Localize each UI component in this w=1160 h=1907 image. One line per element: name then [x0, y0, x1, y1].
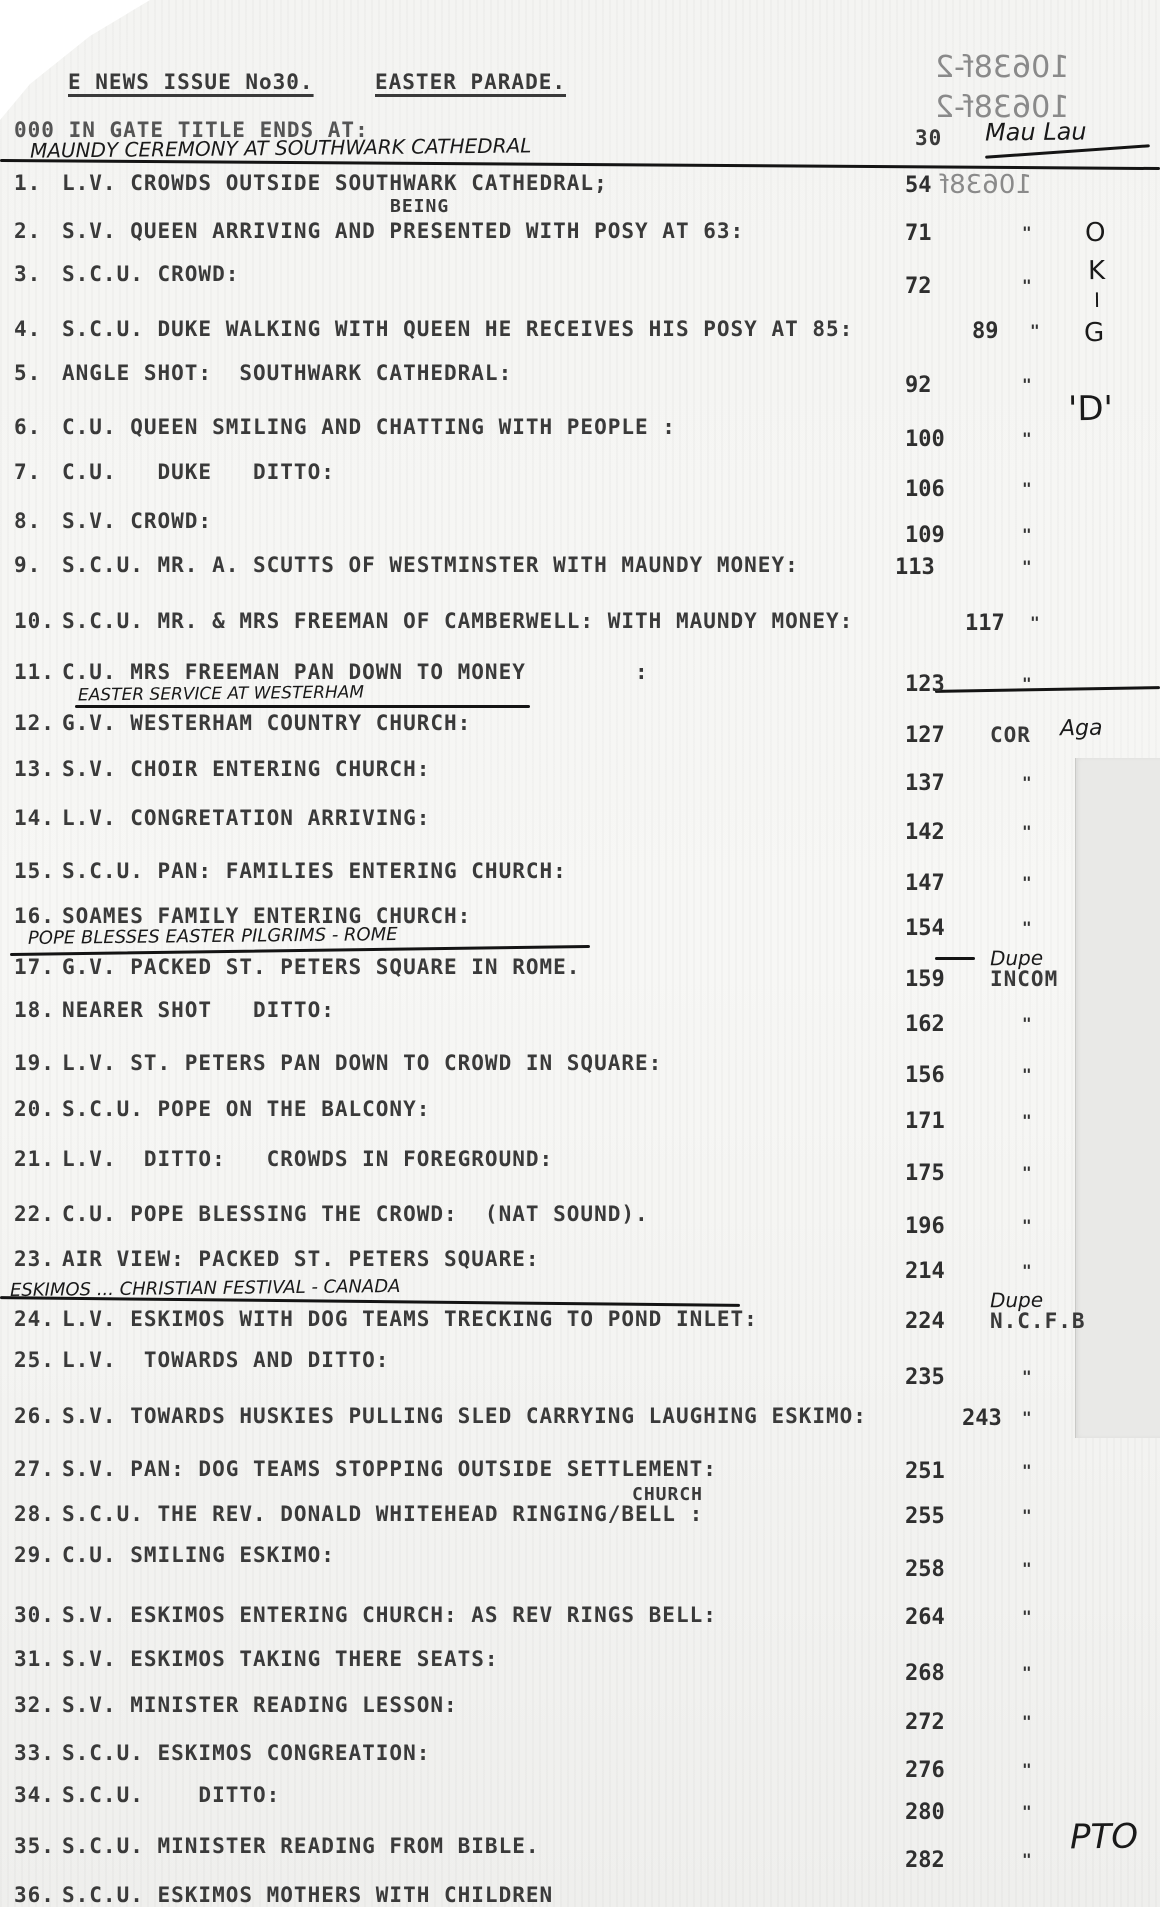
shot-time: 276 [905, 1758, 945, 1783]
ditto-mark: " [1030, 613, 1040, 632]
reference-number-3: 10638f [940, 170, 1032, 200]
shot-number: 8. [14, 511, 41, 532]
shot-description: L.V. CONGRETATION ARRIVING: [62, 808, 430, 829]
section-heading-pope: POPE BLESSES EASTER PILGRIMS - ROME [28, 926, 398, 948]
ditto-mark: " [1022, 1850, 1032, 1869]
shot-time: 113 [895, 555, 935, 580]
shot-number: 4. [14, 319, 41, 340]
shot-description: L.V. CROWDS OUTSIDE SOUTHWARK CATHEDRAL; [62, 173, 608, 194]
ditto-mark: " [1022, 1163, 1032, 1182]
shot-time: 123 [905, 672, 945, 697]
shot-number: 14. [14, 808, 55, 829]
shot-number: 21. [14, 1149, 55, 1170]
vertical-note-d: 'D' [1068, 392, 1113, 426]
shot-status-note: COR [990, 725, 1031, 746]
overlapping-paper-strip [1075, 758, 1160, 1438]
shot-time: 268 [905, 1661, 945, 1686]
shot-time: 159 [905, 967, 945, 992]
shot-time: 142 [905, 820, 945, 845]
ditto-mark: " [1022, 1712, 1032, 1731]
shot-number: 30. [14, 1605, 55, 1626]
shot-time: 154 [905, 916, 945, 941]
shot-description: SOAMES FAMILY ENTERING CHURCH: [62, 906, 471, 927]
ditto-mark: " [1022, 773, 1032, 792]
shot-number: 26. [14, 1406, 55, 1427]
shot-time: 282 [905, 1848, 945, 1873]
shot-description: S.C.U. DITTO: [62, 1785, 280, 1806]
shot-status-note: N.C.F.B [990, 1311, 1086, 1332]
shot-time: 196 [905, 1214, 945, 1239]
dupe-note-2: Dupe [990, 1290, 1043, 1311]
shot-time: 235 [905, 1365, 945, 1390]
shot-number: 34. [14, 1785, 55, 1806]
ditto-mark: " [1022, 223, 1032, 242]
shot-time: 106 [905, 477, 945, 502]
ditto-mark: " [1022, 918, 1032, 937]
vertical-note-i: I [1094, 290, 1100, 310]
shot-description: C.U. QUEEN SMILING AND CHATTING WITH PEO… [62, 417, 676, 438]
shot-time: 92 [905, 373, 932, 398]
shot-number: 15. [14, 861, 55, 882]
ditto-mark: " [1022, 674, 1032, 693]
shot-number: 13. [14, 759, 55, 780]
shot-description: S.V. CROWD: [62, 511, 212, 532]
shot-description: S.C.U. MINISTER READING FROM BIBLE. [62, 1836, 540, 1857]
shot-number: 32. [14, 1695, 55, 1716]
reference-number-1: 10638f-2 [935, 50, 1069, 85]
shot-description: ANGLE SHOT: SOUTHWARK CATHEDRAL: [62, 363, 512, 384]
shot-number: 35. [14, 1836, 55, 1857]
ditto-mark: " [1022, 822, 1032, 841]
shot-time: 137 [905, 771, 945, 796]
shot-number: 10. [14, 611, 55, 632]
handwritten-initials: Mau Lau [985, 119, 1087, 144]
shot-description: C.U. POPE BLESSING THE CROWD: (NAT SOUND… [62, 1204, 649, 1225]
shot-description: S.C.U. MR. & MRS FREEMAN OF CAMBERWELL: … [62, 611, 853, 632]
shot-time: 272 [905, 1710, 945, 1735]
shot-description: S.V. ESKIMOS ENTERING CHURCH: AS REV RIN… [62, 1605, 717, 1626]
shot-number: 17. [14, 957, 55, 978]
shot-description: L.V. ST. PETERS PAN DOWN TO CROWD IN SQU… [62, 1053, 662, 1074]
shot-number: 19. [14, 1053, 55, 1074]
shot-description: S.C.U. CROWD: [62, 264, 239, 285]
shot-time: 162 [905, 1012, 945, 1037]
shot-description: S.C.U. POPE ON THE BALCONY: [62, 1099, 430, 1120]
shot-description: S.V. MINISTER READING LESSON: [62, 1695, 458, 1716]
shot-number: 1. [14, 173, 41, 194]
ditto-mark: " [1022, 1111, 1032, 1130]
shot-number: 12. [14, 713, 55, 734]
shot-description: S.C.U. DUKE WALKING WITH QUEEN HE RECEIV… [62, 319, 853, 340]
shot-description: C.U. SMILING ESKIMO: [62, 1545, 335, 1566]
ditto-mark: " [1022, 1408, 1032, 1427]
shot-status-note: INCOM [990, 969, 1058, 990]
shot-number: 18. [14, 1000, 55, 1021]
shot-description: S.C.U. PAN: FAMILIES ENTERING CHURCH: [62, 861, 567, 882]
shot-time: 175 [905, 1161, 945, 1186]
shot-number: 24. [14, 1309, 55, 1330]
ditto-mark: " [1022, 1663, 1032, 1682]
insert-word-being: BEING [390, 198, 449, 216]
shot-description: AIR VIEW: PACKED ST. PETERS SQUARE: [62, 1249, 540, 1270]
shot-time: 54 [905, 173, 932, 198]
shot-number: 29. [14, 1545, 55, 1566]
shot-number: 11. [14, 662, 55, 683]
vertical-note-k: K [1088, 258, 1105, 284]
section-heading-westerham: EASTER SERVICE AT WESTERHAM [78, 685, 364, 705]
shot-description: S.V. PAN: DOG TEAMS STOPPING OUTSIDE SET… [62, 1459, 717, 1480]
shot-number: 28. [14, 1504, 55, 1525]
shot-time: 255 [905, 1504, 945, 1529]
issue-subject: EASTER PARADE. [375, 72, 566, 93]
ditto-mark: " [1022, 429, 1032, 448]
ditto-mark: " [1022, 1261, 1032, 1280]
shot-number: 36. [14, 1885, 55, 1906]
section-heading-maundy: MAUNDY CEREMONY AT SOUTHWARK CATHEDRAL [30, 135, 532, 160]
vertical-note-g: G [1084, 320, 1104, 346]
shot-description: L.V. TOWARDS AND DITTO: [62, 1350, 389, 1371]
shot-description: S.V. ESKIMOS TAKING THERE SEATS: [62, 1649, 499, 1670]
cor-handwritten: Aga [1060, 718, 1103, 740]
ditto-mark: " [1022, 276, 1032, 295]
issue-title: E NEWS ISSUE No30. [68, 72, 314, 93]
shot-number: 6. [14, 417, 41, 438]
ditto-mark: " [1022, 1367, 1032, 1386]
vertical-note-o: O [1085, 220, 1106, 246]
shot-time: 243 [962, 1406, 1002, 1431]
shot-description: NEARER SHOT DITTO: [62, 1000, 335, 1021]
section-underline [75, 705, 530, 708]
shot-description: L.V. DITTO: CROWDS IN FOREGROUND: [62, 1149, 553, 1170]
shot-number: 31. [14, 1649, 55, 1670]
shot-number: 2. [14, 221, 41, 242]
ditto-mark: " [1022, 525, 1032, 544]
shot-time: 109 [905, 523, 945, 548]
ditto-mark: " [1022, 1760, 1032, 1779]
shot-description: S.V. TOWARDS HUSKIES PULLING SLED CARRYI… [62, 1406, 867, 1427]
ditto-mark: " [1022, 1014, 1032, 1033]
ditto-mark: " [1022, 375, 1032, 394]
shot-description: C.U. MRS FREEMAN PAN DOWN TO MONEY : [62, 662, 649, 683]
intro-time: 30 [915, 128, 942, 149]
ditto-mark: " [1022, 1607, 1032, 1626]
shot-description: G.V. PACKED ST. PETERS SQUARE IN ROME. [62, 957, 580, 978]
shot-time: 147 [905, 871, 945, 896]
shot-time: 156 [905, 1063, 945, 1088]
shot-description: S.V. QUEEN ARRIVING AND PRESENTED WITH P… [62, 221, 744, 242]
ditto-mark: " [1022, 1216, 1032, 1235]
shot-number: 23. [14, 1249, 55, 1270]
shot-number: 27. [14, 1459, 55, 1480]
shot-number: 9. [14, 555, 41, 576]
shot-time: 117 [965, 611, 1005, 636]
ditto-mark: " [1022, 873, 1032, 892]
ditto-mark: " [1022, 1461, 1032, 1480]
shot-time: 100 [905, 427, 945, 452]
ditto-mark: " [1022, 479, 1032, 498]
shot-description: S.C.U. ESKIMOS CONGREATION: [62, 1743, 430, 1764]
shot-number: 16. [14, 906, 55, 927]
shot-number: 33. [14, 1743, 55, 1764]
ditto-mark: " [1022, 1065, 1032, 1084]
pto-note: PTO [1070, 1820, 1138, 1855]
ditto-mark: " [1022, 1559, 1032, 1578]
shot-time: 72 [905, 274, 932, 299]
shot-time: 171 [905, 1109, 945, 1134]
ditto-mark: " [1022, 1802, 1032, 1821]
shot-number: 25. [14, 1350, 55, 1371]
shot-time: 71 [905, 221, 932, 246]
shot-time: 264 [905, 1605, 945, 1630]
shot-description: S.C.U. MR. A. SCUTTS OF WESTMINSTER WITH… [62, 555, 799, 576]
shot-description: S.C.U. THE REV. DONALD WHITEHEAD RINGING… [62, 1504, 703, 1525]
shot-number: 22. [14, 1204, 55, 1225]
shot-time: 127 [905, 723, 945, 748]
shot-time: 214 [905, 1259, 945, 1284]
shot-number: 20. [14, 1099, 55, 1120]
ditto-mark: " [1022, 1506, 1032, 1525]
shot-number: 5. [14, 363, 41, 384]
shot-time: 224 [905, 1309, 945, 1334]
ditto-mark: " [1022, 557, 1032, 576]
shot-description: S.V. CHOIR ENTERING CHURCH: [62, 759, 430, 780]
dupe-note-1: Dupe [990, 948, 1043, 969]
shot-number: 3. [14, 264, 41, 285]
shot-description: C.U. DUKE DITTO: [62, 462, 335, 483]
shot-time: 89 [972, 319, 999, 344]
ditto-mark: " [1030, 321, 1040, 340]
shot-description: S.C.U. ESKIMOS MOTHERS WITH CHILDREN [62, 1885, 553, 1906]
section-divider-tick [935, 957, 975, 960]
shot-time: 280 [905, 1800, 945, 1825]
shot-time: 251 [905, 1459, 945, 1484]
shot-number: 7. [14, 462, 41, 483]
shot-description: L.V. ESKIMOS WITH DOG TEAMS TRECKING TO … [62, 1309, 758, 1330]
shot-time: 258 [905, 1557, 945, 1582]
shot-description: G.V. WESTERHAM COUNTRY CHURCH: [62, 713, 471, 734]
